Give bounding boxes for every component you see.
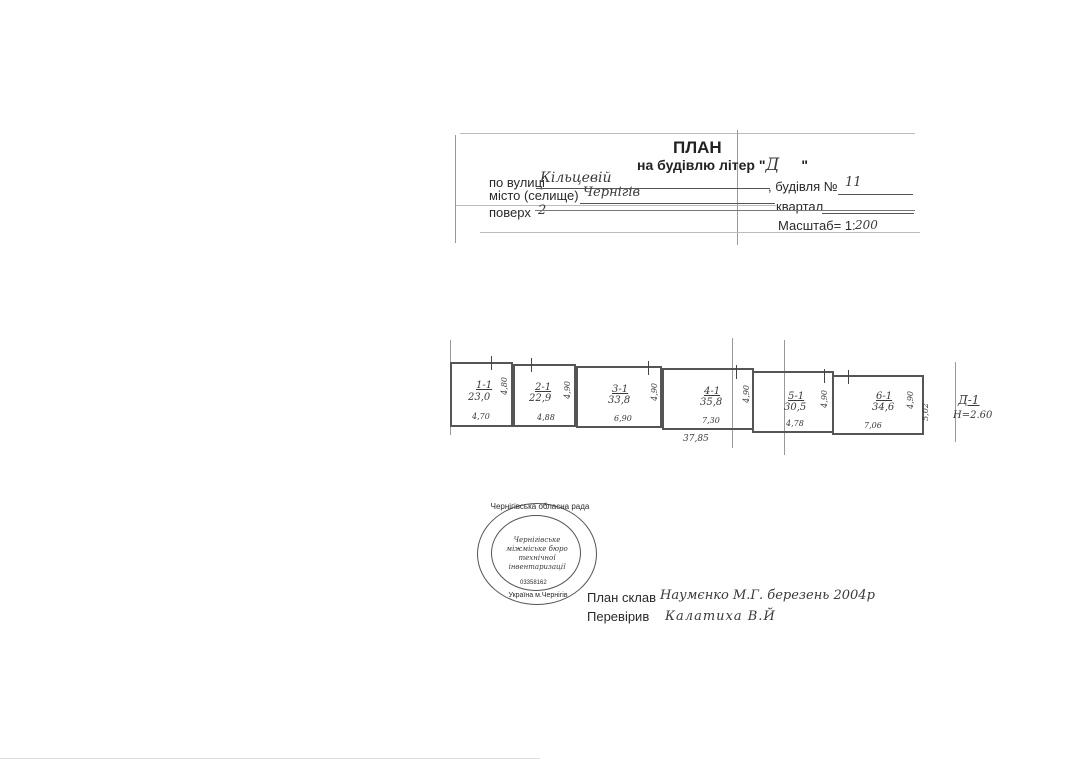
door-tick xyxy=(491,356,492,370)
quarter-label: квартал xyxy=(776,199,823,214)
building-letter: Д xyxy=(765,155,779,175)
building-no-label: , будівля № xyxy=(768,179,838,194)
official-stamp: Чернігівська обласна рада Чернігівське м… xyxy=(477,503,597,605)
room-width: 4,70 xyxy=(472,412,490,421)
stamp-bottom-text: Україна м.Чернігів xyxy=(500,592,576,599)
drawn-by-value: Наумєнко М.Г. березень 2004р xyxy=(660,588,875,603)
room-height: 4,90 xyxy=(742,385,751,403)
room-width: 7,30 xyxy=(702,416,720,425)
scan-line xyxy=(455,135,456,243)
door-tick xyxy=(531,358,532,372)
room-height: 4,80 xyxy=(500,377,509,395)
room-area: 30,5 xyxy=(784,402,806,413)
scan-line xyxy=(460,133,915,134)
outer-height: 5,02 xyxy=(921,403,930,421)
quarter-underline xyxy=(822,213,914,214)
door-tick xyxy=(848,370,849,384)
stamp-line: технічної xyxy=(504,554,570,563)
floor-code: Д-1 xyxy=(958,393,979,407)
stamp-line: міжміське бюро xyxy=(504,545,570,554)
room-2: 2-1 22,9 4,88 4,90 xyxy=(513,364,576,427)
room-6: 6-1 34,6 7,06 4,90 xyxy=(832,375,924,435)
door-tick xyxy=(648,361,649,375)
room-5: 5-1 30,5 4,78 4,90 xyxy=(752,371,834,433)
room-area: 33,8 xyxy=(608,395,630,406)
floor-underline xyxy=(535,210,915,211)
room-1: 1-1 23,0 4,70 4,80 xyxy=(450,362,513,427)
city-label: місто (селище) xyxy=(489,188,579,203)
room-area: 34,6 xyxy=(872,402,894,413)
checked-by-label: Перевірив xyxy=(587,609,649,624)
room-width: 4,78 xyxy=(786,419,804,428)
stamp-code: 03358162 xyxy=(520,580,547,586)
floor-label: поверх xyxy=(489,205,531,220)
stamp-line: інвентаризації xyxy=(504,563,570,572)
room-width: 4,88 xyxy=(537,413,555,422)
city-value: Чернігів xyxy=(583,185,640,200)
subtitle-suffix: " xyxy=(801,157,808,173)
room-code: 6-1 xyxy=(876,391,892,402)
building-no-underline xyxy=(838,194,913,195)
stamp-inner-text: Чернігівське міжміське бюро технічної ін… xyxy=(504,536,570,572)
scale-value: 200 xyxy=(855,218,878,232)
door-tick xyxy=(824,369,825,383)
total-length: 37,85 xyxy=(683,434,709,444)
scan-line xyxy=(955,362,956,442)
room-area: 35,8 xyxy=(700,397,722,408)
room-height: 4,90 xyxy=(563,381,572,399)
room-area: 22,9 xyxy=(529,393,551,404)
plan-subtitle: на будівлю літер "Д" xyxy=(637,155,808,175)
room-width: 7,06 xyxy=(864,421,882,430)
scale-label: Масштаб= 1: xyxy=(778,218,856,233)
stamp-line: Чернігівське xyxy=(504,536,570,545)
room-height: 4,90 xyxy=(650,383,659,401)
door-tick xyxy=(736,365,737,379)
ceiling-height: Н=2.60 xyxy=(953,410,992,421)
room-height: 4,90 xyxy=(906,391,915,409)
scan-edge xyxy=(0,758,540,759)
room-3: 3-1 33,8 6,90 4,90 xyxy=(576,366,662,428)
city-underline xyxy=(580,203,775,204)
room-height: 4,90 xyxy=(820,390,829,408)
drawn-by-label: План склав xyxy=(587,590,656,605)
scan-line xyxy=(480,232,920,233)
room-code: 4-1 xyxy=(704,386,720,397)
building-no-value: 11 xyxy=(845,175,862,190)
checked-by-value: Калатиха В.Й xyxy=(665,609,776,624)
room-4: 4-1 35,8 7,30 4,90 xyxy=(662,368,754,430)
stamp-outer-text: Чернігівська обласна рада xyxy=(490,502,590,511)
room-code: 3-1 xyxy=(612,384,628,395)
room-width: 6,90 xyxy=(614,414,632,423)
room-code: 5-1 xyxy=(788,391,804,402)
room-area: 23,0 xyxy=(468,392,490,403)
room-code: 2-1 xyxy=(535,382,551,393)
room-code: 1-1 xyxy=(476,380,492,391)
subtitle-prefix: на будівлю літер " xyxy=(637,157,765,173)
street-value: Кільцевій xyxy=(540,170,612,186)
